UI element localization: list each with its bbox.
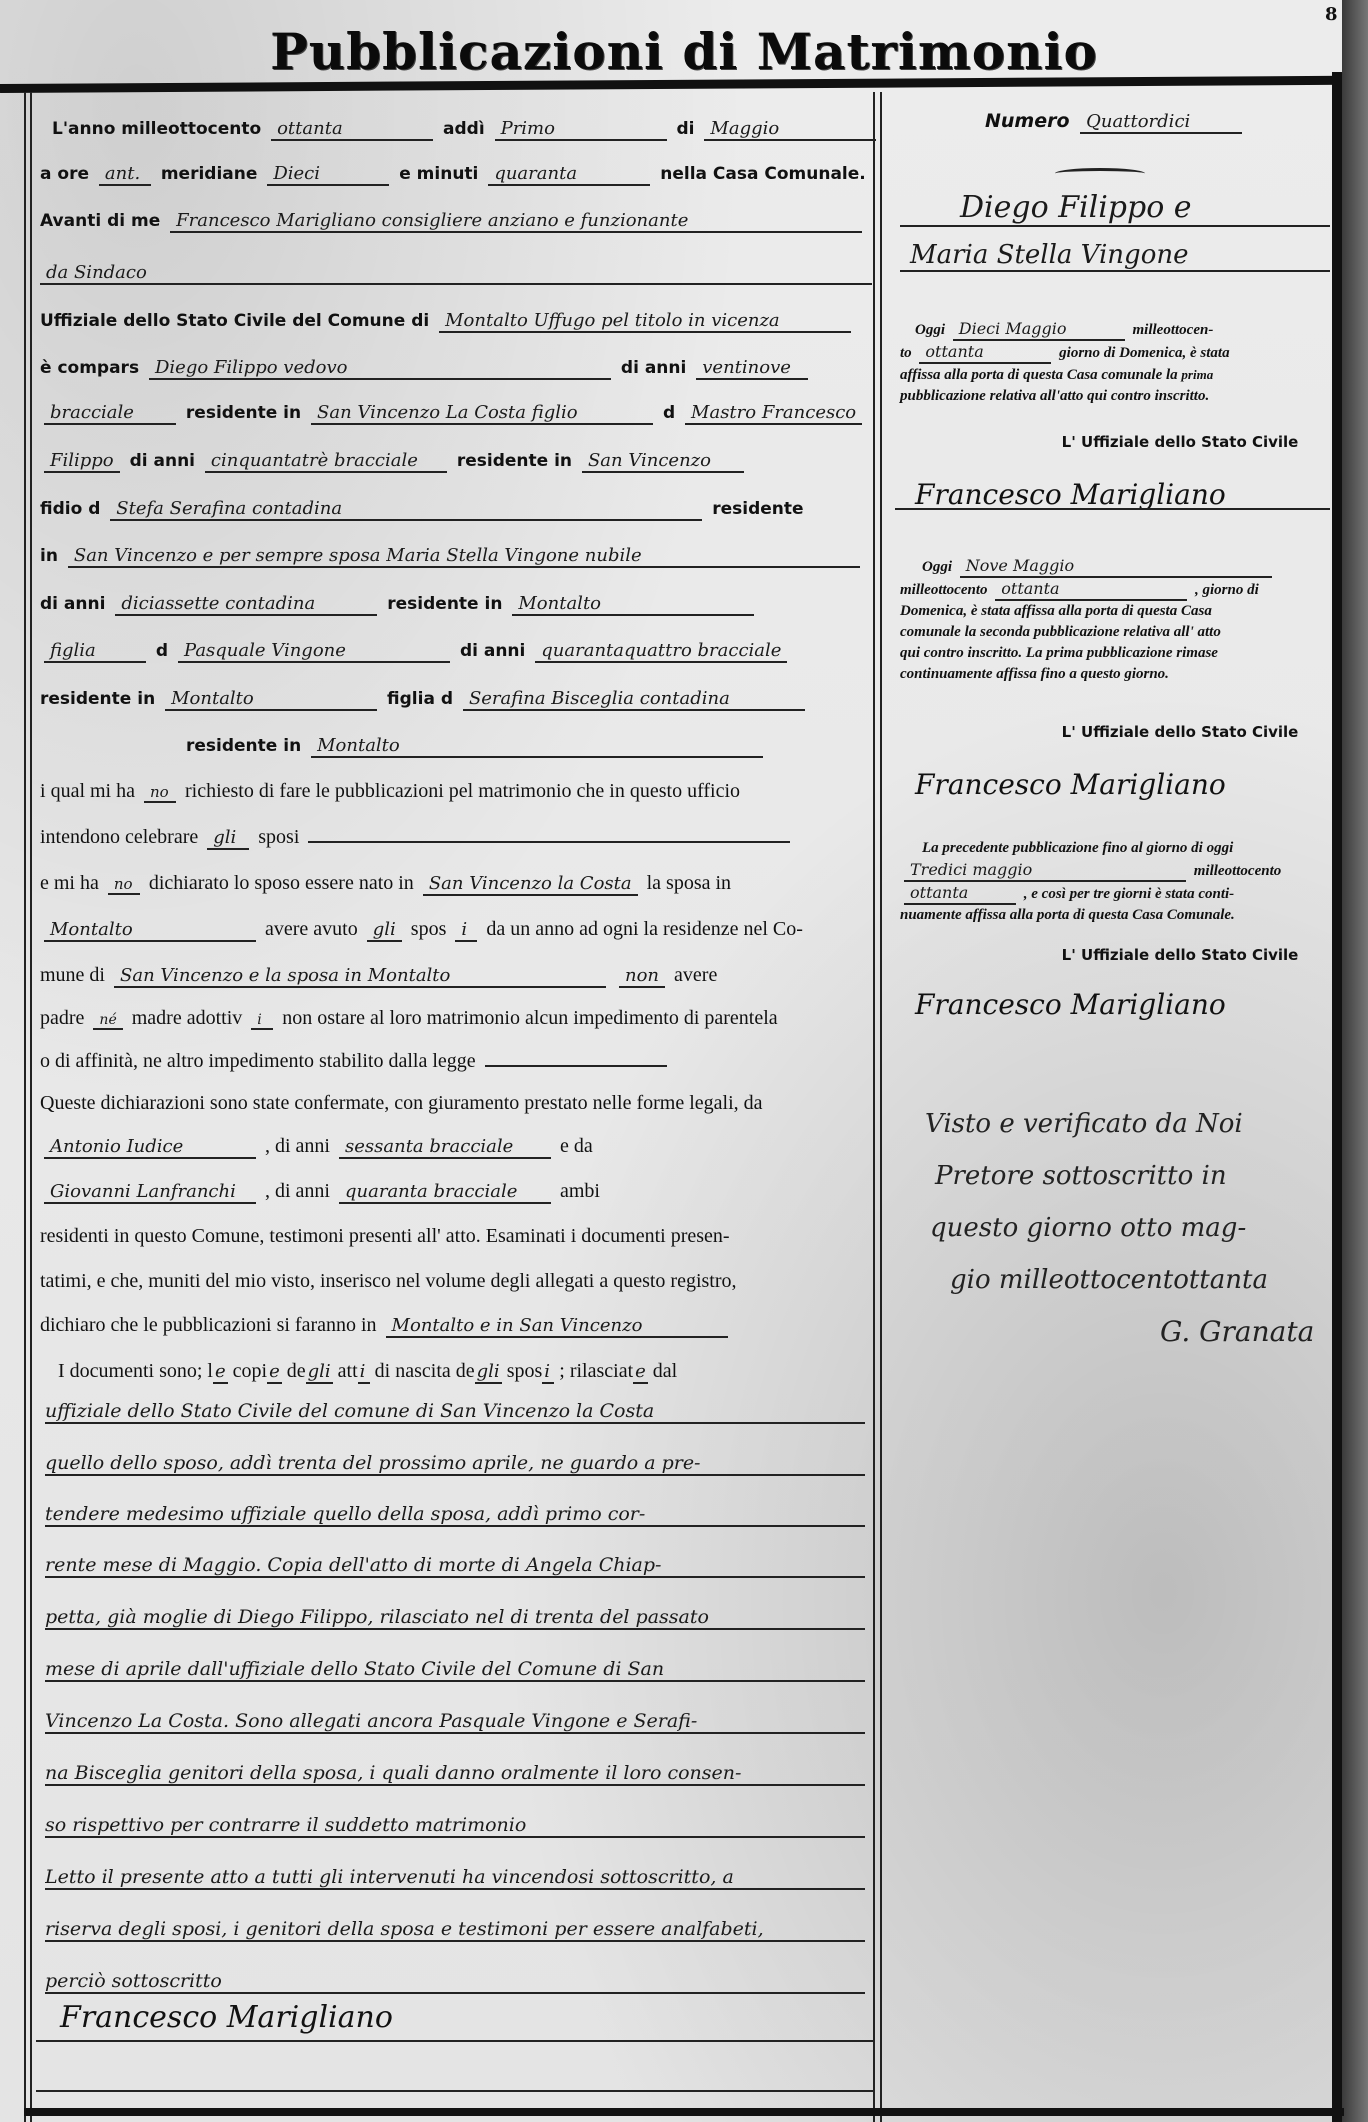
field-publication-place: Montalto e in San Vincenzo <box>386 1315 728 1338</box>
text-fino: continuamente affissa fino a questo gior… <box>900 666 1169 682</box>
text-residents: residenti in questo Comune, testimoni pr… <box>40 1225 730 1247</box>
handwritten-line: mese di aprile dall'uffiziale dello Stat… <box>45 1658 865 1682</box>
text-documents: I documenti sono; l <box>58 1360 213 1382</box>
field-bride-daughter: figlia <box>44 640 146 663</box>
field-groom-birthplace: San Vincenzo la Costa <box>423 873 638 896</box>
column-divider <box>873 92 882 2122</box>
text-birth: di nascita de <box>375 1360 475 1382</box>
text-giorno: , giorno di <box>1195 582 1259 598</box>
field-meridian: ant. <box>99 163 151 186</box>
field-suffix: e <box>213 1361 228 1384</box>
text-i: i <box>40 780 46 802</box>
handwritten-line: tendere medesimo uffiziale quello della … <box>45 1503 865 1527</box>
act-row-adoptive: padre né madre adottiv i non ostare al l… <box>40 1007 778 1030</box>
field-non: non <box>619 965 665 988</box>
field-groom-mother: Stefa Serafina contadina <box>110 498 702 521</box>
text-mune-di: mune di <box>40 964 105 986</box>
pub1-text: Oggi Dieci Maggio milleottocen- to ottan… <box>900 318 1330 407</box>
label-age: di anni <box>130 451 195 471</box>
field-bride-residence: Montalto <box>512 593 754 616</box>
label-age: di anni <box>621 358 686 378</box>
right-border <box>1332 72 1342 2122</box>
text-seconda: comunale la seconda pubblicazione relati… <box>900 624 1221 640</box>
text-avere: avere <box>674 964 717 986</box>
text-e-da: e da <box>560 1135 593 1157</box>
field-comuni: San Vincenzo e la sposa in Montalto <box>114 965 606 988</box>
label-age: di anni <box>40 594 105 614</box>
ruled-line <box>36 2040 874 2042</box>
field-groom-age: ventinove <box>696 357 808 380</box>
field-groom-father-age: cinquantatrè bracciale <box>205 450 447 473</box>
label-comparso: è compars <box>40 358 139 378</box>
field-month: Maggio <box>704 118 876 141</box>
text-precedente: La precedente pubblicazione fino al gior… <box>900 840 1233 856</box>
act-row-comune-residence: mune di San Vincenzo e la sposa in Monta… <box>40 964 717 988</box>
text-oath: Queste dichiarazioni sono state conferma… <box>40 1092 763 1114</box>
field-plural: no <box>108 875 140 895</box>
act-row-time: a ore ant. meridiane Dieci e minuti quar… <box>40 163 866 186</box>
handwritten-line: riserva degli sposi, i genitori della sp… <box>45 1918 865 1942</box>
ruled-line <box>36 2090 874 2092</box>
field-bride-father-age: quarantaquattro bracciale <box>535 640 787 663</box>
visa-line: questo giorno otto mag- <box>930 1202 1246 1254</box>
spouses-line-1: Diego Filippo e <box>900 190 1330 227</box>
act-row-witness2: Giovanni Lanfranchi , di anni quaranta b… <box>40 1180 600 1204</box>
field-groom-profession: bracciale <box>44 402 176 425</box>
label-residence: residente in <box>387 594 502 614</box>
text-milleottocento: milleottocento <box>1194 863 1282 879</box>
text-attachments: tatimi, e che, muniti del mio visto, ins… <box>40 1270 737 1292</box>
text-mi-ha: mi ha <box>90 780 135 802</box>
pub2-text: Oggi Nove Maggio milleottocento ottanta … <box>900 555 1330 685</box>
document-page: 8 Pubblicazioni di Matrimonio L'anno mil… <box>0 0 1368 2122</box>
field-blank <box>308 841 790 843</box>
pub2-officer-label: L' Uffiziale dello Stato Civile <box>1030 722 1330 743</box>
field-bride-father-residence: Montalto <box>165 688 377 711</box>
pub1-signature: Francesco Mariglianо <box>915 478 1226 511</box>
text-age: , di anni <box>265 1135 330 1157</box>
label-of: d <box>441 689 453 709</box>
field-year: ottanta <box>271 118 433 141</box>
text-bride-in: la sposa in <box>647 872 731 894</box>
text-spos: spos <box>507 1360 543 1382</box>
pub3-officer-label: L' Uffiziale dello Stato Civile <box>1030 945 1330 966</box>
visa-line: Visto e verificato da Noi <box>925 1098 1243 1150</box>
spouses-line-2: Maria Stella Vingone <box>900 240 1330 272</box>
pretore-signature: G. Granata <box>1160 1306 1314 1358</box>
text-domenica: giorno di Domenica, è stata <box>1059 345 1229 361</box>
field-gli: gli <box>207 827 249 850</box>
field-suffix: e <box>267 1361 282 1384</box>
text-tre-giorni: , e così per tre giorni è stata conti- <box>1024 886 1234 902</box>
act-row-groom-residence: bracciale residente in San Vincenzo La C… <box>40 402 866 425</box>
label-of: d <box>156 641 168 661</box>
act-row-residence-year: Montalto avere avuto gli spos i da un an… <box>40 918 803 942</box>
label-minutes: e minuti <box>399 164 478 184</box>
field-pub3-date: Tredici maggio <box>904 859 1186 882</box>
field-officer-role: da Sindaco <box>40 262 872 285</box>
act-row-residents: residenti in questo Comune, testimoni pr… <box>40 1225 730 1248</box>
field-bride-mother: Serafina Bisceglia contadina <box>463 688 805 711</box>
field-bride-birthplace: Montalto <box>44 919 256 942</box>
label-hour: a ore <box>40 164 89 184</box>
handwritten-line: so rispettivo per contrarre il suddetto … <box>45 1814 865 1838</box>
handwritten-line: na Bisceglia genitori della sposa, i qua… <box>45 1762 865 1786</box>
label-residence: residente in <box>457 451 572 471</box>
field-groom-name: Diego Filippo vedovo <box>149 357 611 380</box>
numero-row: Numero Quattordici <box>985 110 1246 134</box>
numero-label: Numero <box>985 110 1070 132</box>
text-ambi: ambi <box>560 1180 600 1202</box>
field-pub2-year: ottanta <box>995 578 1187 601</box>
act-row-groom: è compars Diego Filippo vedovo di anni v… <box>40 357 812 380</box>
text-residence-year: da un anno ad ogni la residenze nel Co- <box>486 918 803 940</box>
field-groom-father-residence: San Vincenzo <box>582 450 744 473</box>
label-age: di anni <box>460 641 525 661</box>
field-bride-father: Pasquale Vingone <box>178 640 450 663</box>
text-mi-ha: e mi ha <box>40 872 99 894</box>
label-day: addì <box>443 119 485 139</box>
act-row-witness1: Antonio Iudice , di anni sessanta bracci… <box>40 1135 593 1159</box>
field-suffix: i <box>358 1361 370 1384</box>
field-officer-name: Francesco Mariglianо consigliere anziano… <box>170 210 862 233</box>
act-row-comune: Uffiziale dello Stato Civile del Comune … <box>40 310 855 333</box>
visa-line: Pretore sottoscritto in <box>935 1150 1227 1202</box>
field-comune: Montalto Uffugo pel titolo in vicenza <box>439 310 851 333</box>
text-qual: qual <box>51 780 85 802</box>
act-row-officer-cont: da Sindaco <box>36 262 876 285</box>
text-rilasciat: ; rilasciat <box>559 1360 633 1382</box>
act-row-groom-father: Filippo di anni cinquantatrè bracciale r… <box>40 450 748 473</box>
label-daughter: figlia <box>387 689 435 709</box>
field-bride-mother-residence: Montalto <box>311 735 763 758</box>
field-suffix: i <box>251 1012 273 1030</box>
label-year: L'anno milleottocento <box>52 119 261 139</box>
label-avanti: Avanti di me <box>40 211 160 231</box>
label-residence: residente <box>712 499 803 519</box>
label-residence: residente in <box>186 736 301 756</box>
field-groom-father-surname: Filippo <box>44 450 120 473</box>
field-blank <box>485 1065 667 1067</box>
text-continuamente: nuamente affissa alla porta di questa Ca… <box>900 907 1235 923</box>
act-row-oath: Queste dichiarazioni sono state conferma… <box>40 1092 763 1115</box>
label-of: d <box>663 403 675 423</box>
decorative-flourish <box>1055 168 1145 179</box>
text-dal: dal <box>653 1360 677 1382</box>
act-row-bride-age: di anni diciassette contadina residente … <box>40 593 758 616</box>
text-spos: spos <box>411 918 447 940</box>
text-padre: padre <box>40 1007 84 1029</box>
act-row-publication-place: dichiaro che le pubblicazioni si faranno… <box>40 1314 732 1338</box>
act-row-documents: I documenti sono; le copie degli atti di… <box>58 1360 677 1384</box>
pub3-text: La precedente pubblicazione fino al gior… <box>900 838 1330 926</box>
field-witness2-name: Giovanni Lanfranchi <box>44 1181 256 1204</box>
handwritten-line: Vincenzo La Costa. Sono allegati ancora … <box>45 1710 865 1734</box>
field-pub3-year: ottanta <box>904 882 1016 905</box>
field-gli: gli <box>367 919 402 942</box>
act-row-bride-mother: residente in Montalto figlia d Serafina … <box>40 688 809 711</box>
text-de: de <box>287 1360 306 1382</box>
field-suffix: gli <box>306 1361 333 1384</box>
field-suffix: i <box>455 919 477 942</box>
left-border <box>24 92 32 2122</box>
field-witness1-age: sessanta bracciale <box>339 1136 551 1159</box>
field-bride-age: diciassette contadina <box>115 593 377 616</box>
act-row-birthplace: e mi ha no dichiarato lo sposo essere na… <box>40 872 731 896</box>
document-title: Pubblicazioni di Matrimonio <box>0 22 1368 81</box>
act-row-request: i qual mi ha no richiesto di fare le pub… <box>40 780 740 803</box>
pub1-officer-label: L' Uffiziale dello Stato Civile <box>1030 432 1330 453</box>
handwritten-line: Letto il presente atto a tutti gli inter… <box>45 1866 865 1890</box>
handwritten-line: perciò sottoscritto <box>45 1970 865 1994</box>
text-oggi: Oggi <box>900 559 952 575</box>
text-avere-avuto: avere avuto <box>265 918 358 940</box>
officer-signature: Francesco Mariglianо <box>60 2000 393 2035</box>
text-to: to <box>900 345 912 361</box>
text-prima-rimase: qui contro inscritto. La prima pubblicaz… <box>900 645 1218 661</box>
handwritten-line: uffiziale dello Stato Civile del comune … <box>45 1400 865 1424</box>
text-relativa: pubblicazione relativa all'atto qui cont… <box>900 388 1209 404</box>
field-ne: né <box>93 1012 122 1030</box>
text-domenica: Domenica, è stata affissa alla porta di … <box>900 603 1212 619</box>
field-pub1-ordinal: prima <box>1181 367 1213 382</box>
bottom-border <box>24 2108 1344 2116</box>
label-meridiane: meridiane <box>161 164 258 184</box>
act-row-officer: Avanti di me Francesco Mariglianо consig… <box>40 210 866 233</box>
text-celebrate: intendono celebrare <box>40 826 198 848</box>
text-oggi: Oggi <box>900 322 945 338</box>
field-day: Primo <box>495 118 667 141</box>
field-groom-residence: San Vincenzo La Costa figlio <box>311 402 653 425</box>
act-row-celebrate: intendono celebrare gli sposi <box>40 826 794 850</box>
pub2-signature: Francesco Mariglianо <box>915 768 1226 801</box>
text-request: richiesto di fare le pubblicazioni pel m… <box>185 780 740 802</box>
page-edge-shadow <box>1342 0 1368 2122</box>
text-milleottocento: milleottocento <box>900 582 988 598</box>
text-publication-place: dichiaro che le pubblicazioni si faranno… <box>40 1314 377 1336</box>
text-milleottocento: milleottocen- <box>1133 322 1214 338</box>
field-hour: Dieci <box>267 163 389 186</box>
label-residence: residente in <box>186 403 301 423</box>
field-minutes: quaranta <box>488 163 650 186</box>
field-witness1-name: Antonio Iudice <box>44 1136 256 1159</box>
handwritten-line: rente mese di Maggio. Copia dell'atto di… <box>45 1554 865 1578</box>
label-month: di <box>677 119 695 139</box>
field-pub1-date: Dieci Maggio <box>953 318 1125 341</box>
field-suffix: e <box>633 1361 648 1384</box>
label-son-of: fidio d <box>40 499 100 519</box>
numero-value: Quattordici <box>1080 111 1242 134</box>
text-affinity: o di affinità, ne altro impedimento stab… <box>40 1050 476 1072</box>
field-suffix: i <box>542 1361 554 1384</box>
field-bride-name: San Vincenzo e per sempre sposa Maria St… <box>68 545 860 568</box>
field-groom-father: Mastro Francesco <box>685 402 862 425</box>
text-declared: dichiarato lo sposo essere nato in <box>149 872 414 894</box>
text-att: att <box>338 1360 358 1382</box>
visa-line: gio milleottocentottanta <box>950 1254 1268 1306</box>
field-suffix: gli <box>475 1361 502 1384</box>
act-row-attachments: tatimi, e che, muniti del mio visto, ins… <box>40 1270 737 1293</box>
ruled-line <box>895 508 1330 510</box>
act-row-affinity: o di affinità, ne altro impedimento stab… <box>40 1050 671 1073</box>
label-casa-comunale: nella Casa Comunale. <box>660 164 866 184</box>
label-comune: Uffiziale dello Stato Civile del Comune … <box>40 311 429 331</box>
label-in: in <box>40 546 58 566</box>
act-row-bride-mother-residence: residente in Montalto <box>186 735 767 758</box>
text-age: , di anni <box>265 1180 330 1202</box>
text-copi: copi <box>233 1360 267 1382</box>
field-pub1-year: ottanta <box>919 341 1051 364</box>
text-sposi: sposi <box>258 826 299 848</box>
text-affissa: affissa alla porta di questa Casa comuna… <box>900 367 1178 383</box>
act-row-year: L'anno milleottocento ottanta addì Primo… <box>52 118 880 141</box>
label-residence: residente in <box>40 689 155 709</box>
text-madre: madre adottiv <box>132 1007 243 1029</box>
act-row-bride-father: figlia d Pasquale Vingone di anni quaran… <box>40 640 791 663</box>
act-row-bride: in San Vincenzo e per sempre sposa Maria… <box>40 545 864 568</box>
act-row-groom-mother: fidio d Stefa Serafina contadina residen… <box>40 498 804 521</box>
field-plural: no <box>144 783 176 803</box>
pub3-signature: Francesco Mariglianо <box>915 988 1226 1021</box>
field-witness2-age: quaranta bracciale <box>339 1181 551 1204</box>
handwritten-line: quello dello sposo, addì trenta del pros… <box>45 1452 865 1476</box>
text-impediment: non ostare al loro matrimonio alcun impe… <box>282 1007 777 1029</box>
field-pub2-date: Nove Maggio <box>960 555 1272 578</box>
handwritten-line: petta, già moglie di Diego Filippo, rila… <box>45 1606 865 1630</box>
